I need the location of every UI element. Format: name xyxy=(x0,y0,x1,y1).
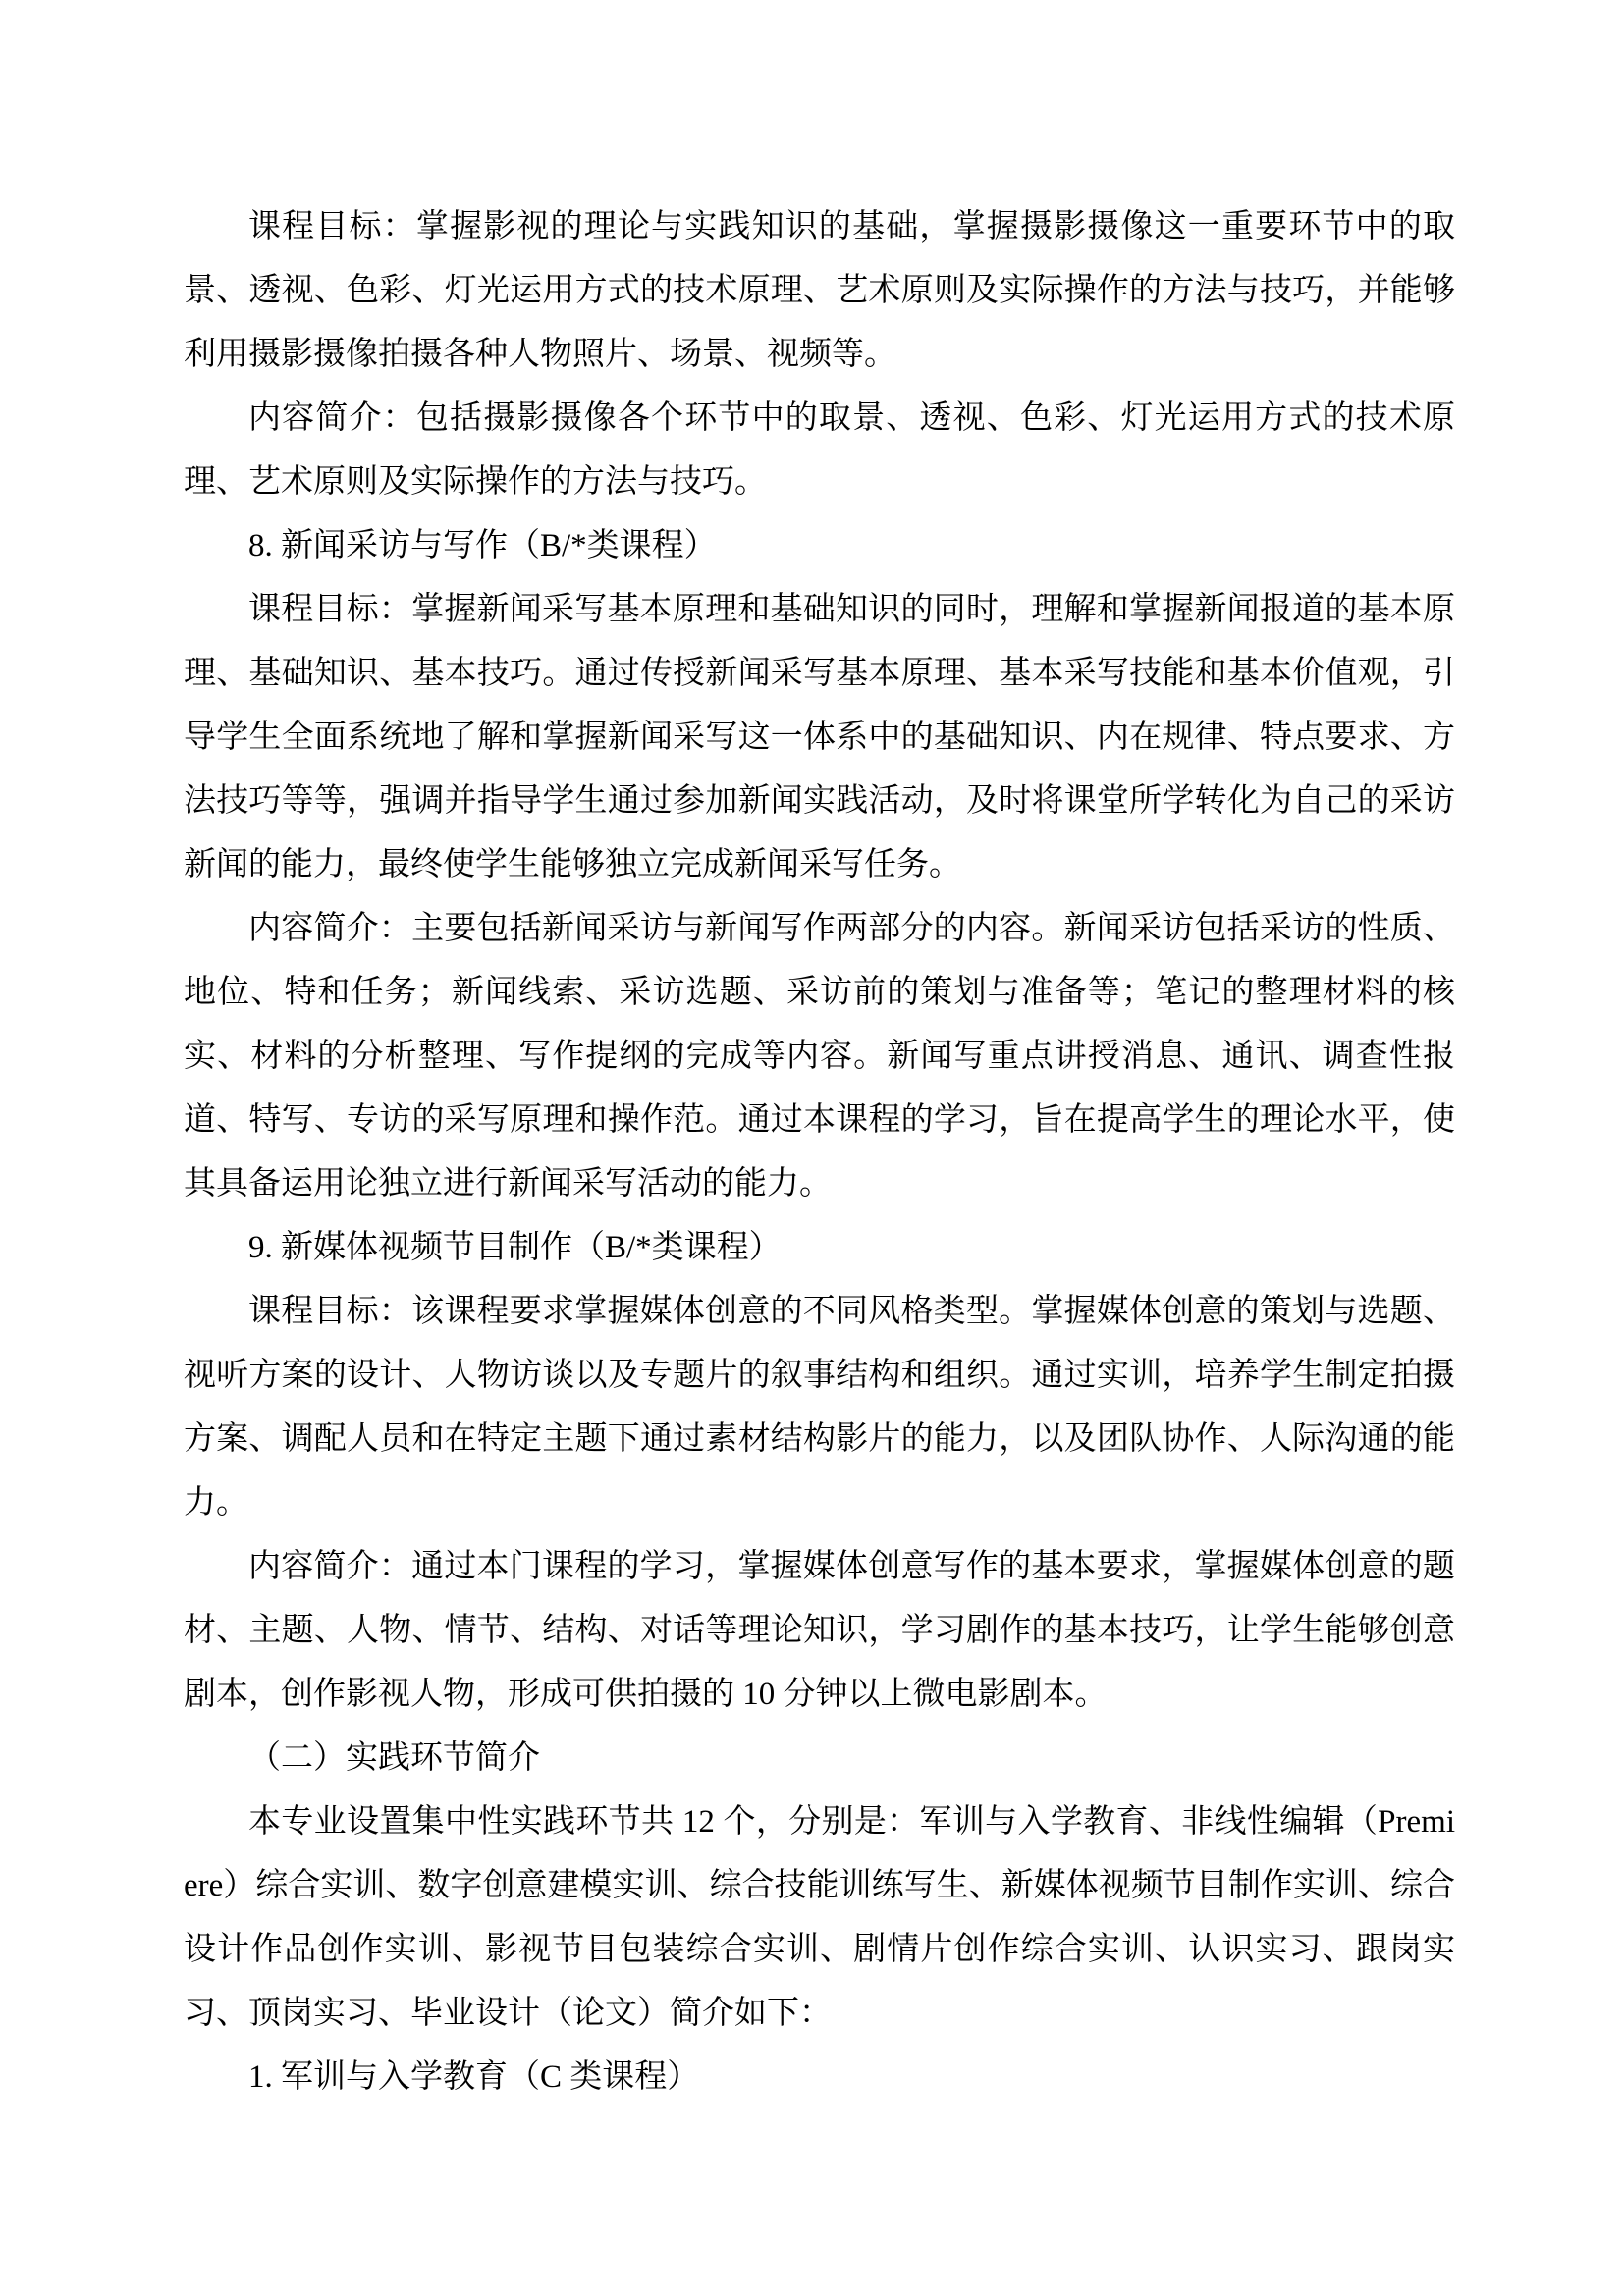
paragraph-course-objective-photography: 课程目标：掌握影视的理论与实践知识的基础，掌握摄影摄像这一重要环节中的取景、透视… xyxy=(184,195,1455,387)
paragraph-course-summary-new-media-video: 内容简介：通过本门课程的学习，掌握媒体创意写作的基本要求，掌握媒体创意的题材、主… xyxy=(184,1535,1455,1727)
heading-practice-1-military-training: 1. 军训与入学教育（C 类课程） xyxy=(184,2046,1455,2109)
paragraph-course-objective-new-media-video: 课程目标：该课程要求掌握媒体创意的不同风格类型。掌握媒体创意的策划与选题、视听方… xyxy=(184,1280,1455,1535)
paragraph-course-summary-photography: 内容简介：包括摄影摄像各个环节中的取景、透视、色彩、灯光运用方式的技术原理、艺术… xyxy=(184,387,1455,514)
document-page: 课程目标：掌握影视的理论与实践知识的基础，掌握摄影摄像这一重要环节中的取景、透视… xyxy=(0,0,1624,2296)
heading-course-9-new-media-video: 9. 新媒体视频节目制作（B/*类课程） xyxy=(184,1216,1455,1280)
paragraph-practice-modules-list: 本专业设置集中性实践环节共 12 个，分别是：军训与入学教育、非线性编辑（Pre… xyxy=(184,1790,1455,2046)
paragraph-course-summary-news-writing: 内容简介：主要包括新闻采访与新闻写作两部分的内容。新闻采访包括采访的性质、地位、… xyxy=(184,897,1455,1216)
heading-course-8-news-interview-writing: 8. 新闻采访与写作（B/*类课程） xyxy=(184,514,1455,578)
document-text-block: 课程目标：掌握影视的理论与实践知识的基础，掌握摄影摄像这一重要环节中的取景、透视… xyxy=(184,195,1455,2109)
paragraph-course-objective-news-writing: 课程目标：掌握新闻采写基本原理和基础知识的同时，理解和掌握新闻报道的基本原理、基… xyxy=(184,578,1455,897)
heading-section-2-practice-overview: （二）实践环节简介 xyxy=(184,1727,1455,1790)
